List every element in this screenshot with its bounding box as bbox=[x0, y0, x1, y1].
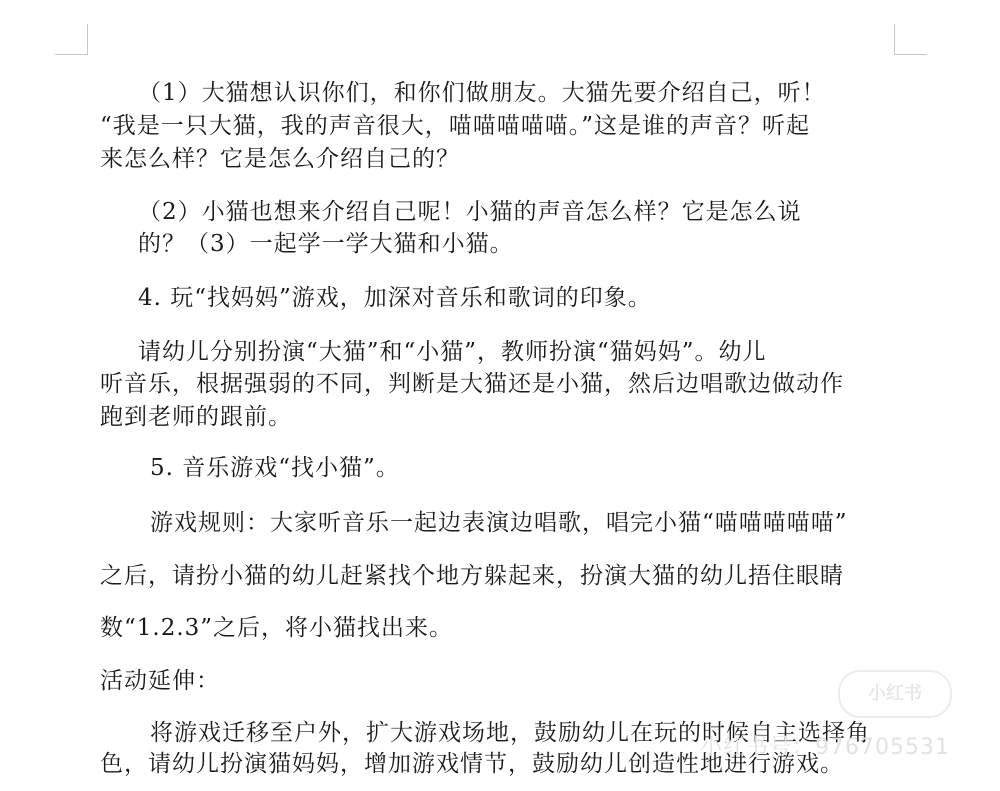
watermark-logo: 小红书 bbox=[838, 670, 952, 718]
text-line: 活动延伸： bbox=[100, 666, 220, 696]
text-line: 之后，请扮小猫的幼儿赶紧找个地方躲起来，扮演大猫的幼儿捂住眼睛 bbox=[100, 561, 844, 591]
text-line: 请幼儿分别扮演“大猫”和“小猫”，教师扮演“猫妈妈”。幼儿 bbox=[138, 337, 767, 367]
text-line: “我是一只大猫，我的声音很大，喵喵喵喵喵。”这是谁的声音？听起 bbox=[100, 111, 810, 141]
text-line: 来怎么样？它是怎么介绍自己的？ bbox=[100, 144, 460, 174]
text-line: 的？（3）一起学一学大猫和小猫。 bbox=[138, 229, 514, 259]
page-margin-corner-top-left bbox=[55, 24, 88, 55]
text-line: 游戏规则：大家听音乐一起边表演边唱歌，唱完小猫“喵喵喵喵喵” bbox=[150, 508, 848, 538]
text-line: 5. 音乐游戏“找小猫”。 bbox=[150, 453, 400, 483]
text-line: 跑到老师的跟前。 bbox=[100, 402, 292, 432]
page-margin-corner-top-right bbox=[894, 24, 927, 55]
text-line: 听音乐，根据强弱的不同，判断是大猫还是小猫，然后边唱歌边做动作 bbox=[100, 369, 844, 399]
watermark-text: 小红书号：976705531 bbox=[700, 730, 950, 761]
text-line: （1）大猫想认识你们，和你们做朋友。大猫先要介绍自己，听！ bbox=[138, 78, 826, 108]
text-line: 4. 玩“找妈妈”游戏，加深对音乐和歌词的印象。 bbox=[138, 283, 652, 313]
text-line: （2）小猫也想来介绍自己呢！小猫的声音怎么样？它是怎么说 bbox=[138, 197, 802, 227]
text-line: 数“1.2.3”之后，将小猫找出来。 bbox=[100, 613, 453, 643]
